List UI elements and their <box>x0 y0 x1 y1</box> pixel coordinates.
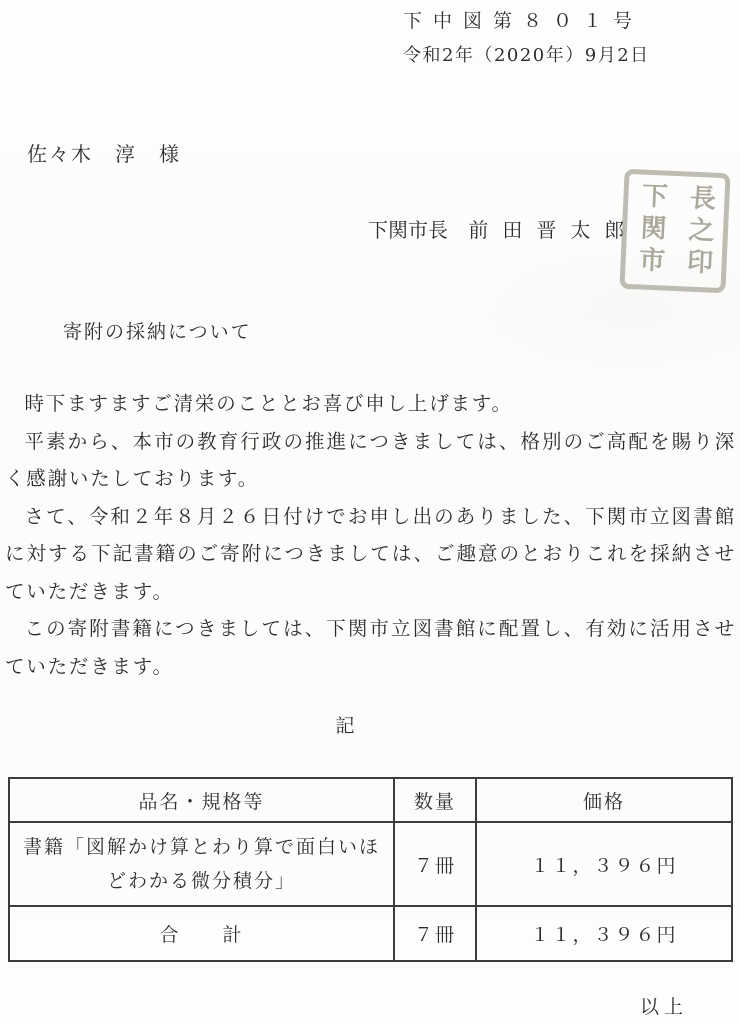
donation-table: 品名・規格等 数量 価格 書籍「図解かけ算とわり算で面白いほどわかる微分積分」 … <box>8 777 733 962</box>
body-paragraph-2: 平素から、本市の教育行政の推進につきましては、格別のご高配を賜り深く感謝いたして… <box>5 423 736 498</box>
table-row-book: 書籍「図解かけ算とわり算で面白いほどわかる微分積分」 ７冊 １１，３９６円 <box>9 822 732 906</box>
item-name-cell: 書籍「図解かけ算とわり算で面白いほどわかる微分積分」 <box>9 822 394 906</box>
sender-line: 下関市長 前田晋太郎 <box>368 214 638 243</box>
column-header-quantity: 数量 <box>394 778 476 822</box>
column-header-item: 品名・規格等 <box>9 778 394 822</box>
seal-text-left-column: 長之印 <box>684 184 714 281</box>
official-seal-stamp: 下関市 長之印 <box>619 169 730 294</box>
document-date: 令和2年（2020年）9月2日 <box>403 41 650 67</box>
column-header-price: 価格 <box>476 778 732 822</box>
body-paragraph-4: この寄附書籍につきましては、下関市立図書館に配置し、有効に活用させていただきます… <box>5 610 736 685</box>
quantity-cell: ７冊 <box>394 822 476 906</box>
seal-text-right-column: 下関市 <box>636 181 666 278</box>
letter-body: 時下ますますご清栄のこととお喜び申し上げます。 平素から、本市の教育行政の推進に… <box>5 385 736 685</box>
total-quantity-cell: ７冊 <box>394 906 476 961</box>
addressee-name: 佐々木 淳 様 <box>27 138 181 167</box>
total-price-cell: １１，３９６円 <box>476 906 732 961</box>
sender-title: 下関市長 <box>368 218 448 242</box>
body-paragraph-1: 時下ますますご清栄のこととお喜び申し上げます。 <box>5 385 736 423</box>
table-header-row: 品名・規格等 数量 価格 <box>9 778 732 822</box>
record-marker: 記 <box>0 711 690 738</box>
table-row-total: 合 計 ７冊 １１，３９６円 <box>9 906 732 961</box>
body-paragraph-3: さて、令和２年８月２６日付けでお申し出のありました、下関市立図書館に対する下記書… <box>5 498 736 611</box>
closing-marker: 以上 <box>640 992 688 1019</box>
scanned-letter-page: 下中図第８０１号 令和2年（2020年）9月2日 佐々木 淳 様 下関市長 前田… <box>0 0 740 1024</box>
sender-name: 前田晋太郎 <box>468 218 638 242</box>
subject-title: 寄附の採納について <box>63 317 252 344</box>
price-cell: １１，３９６円 <box>476 822 732 906</box>
total-label-cell: 合 計 <box>9 906 394 961</box>
document-number: 下中図第８０１号 <box>403 6 643 33</box>
